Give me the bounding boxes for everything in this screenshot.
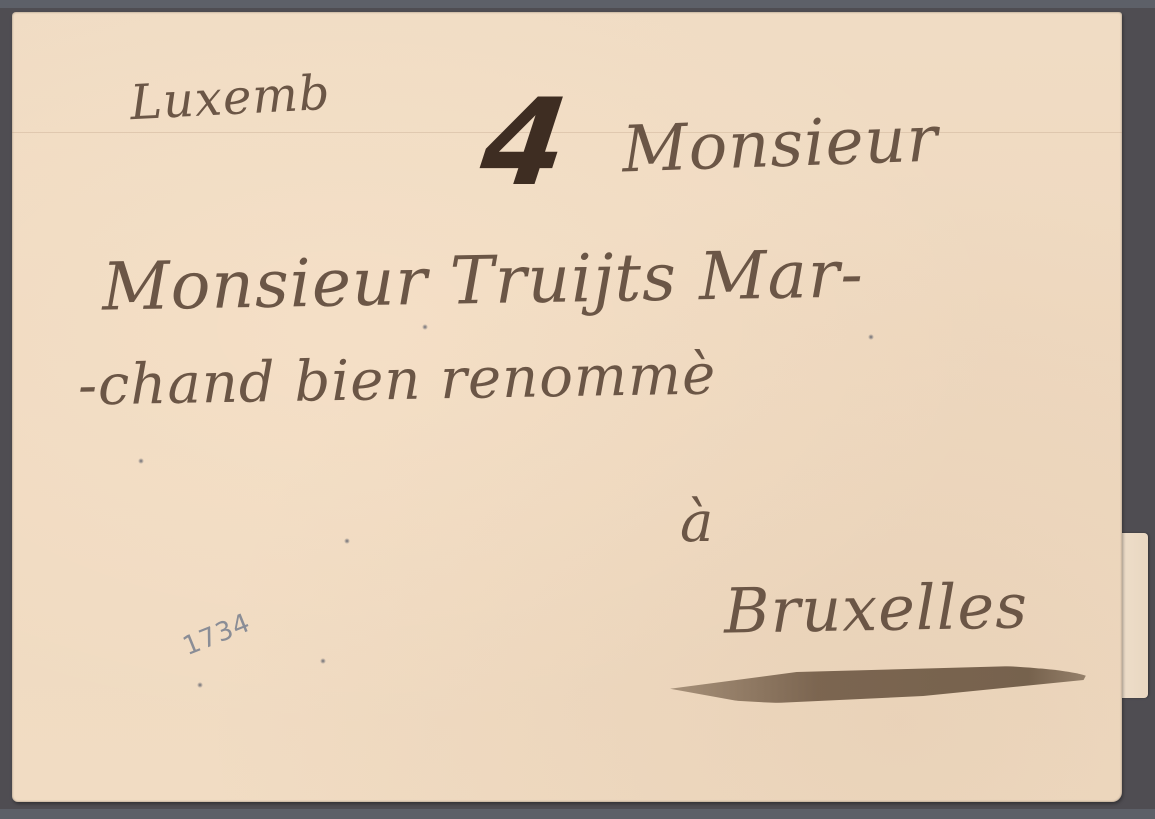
foxing-spot: [138, 458, 144, 464]
address-line-recipient: Monsieur Truijts Mar-: [101, 235, 864, 325]
ink-flourish-underline: [670, 664, 1092, 704]
scan-frame-top: [0, 0, 1155, 8]
foxing-spot: [320, 658, 326, 664]
origin-postmark: Luxemb: [129, 65, 332, 131]
foxing-spot: [197, 682, 203, 688]
foxing-spot: [344, 538, 350, 544]
foxing-spot: [422, 324, 428, 330]
address-line-salutation: Monsieur: [621, 103, 940, 188]
foxing-spot: [868, 334, 874, 340]
address-line-description: -chand bien renommè: [77, 342, 716, 418]
address-line-preposition: à: [680, 490, 714, 555]
letter-sheet: Luxemb 4 Monsieur Monsieur Truijts Mar- …: [12, 12, 1122, 802]
pencil-date-note: 1734: [179, 608, 255, 662]
scan-frame-bottom: [0, 809, 1155, 819]
rate-mark: 4: [463, 84, 585, 204]
address-line-city: Bruxelles: [723, 569, 1028, 647]
